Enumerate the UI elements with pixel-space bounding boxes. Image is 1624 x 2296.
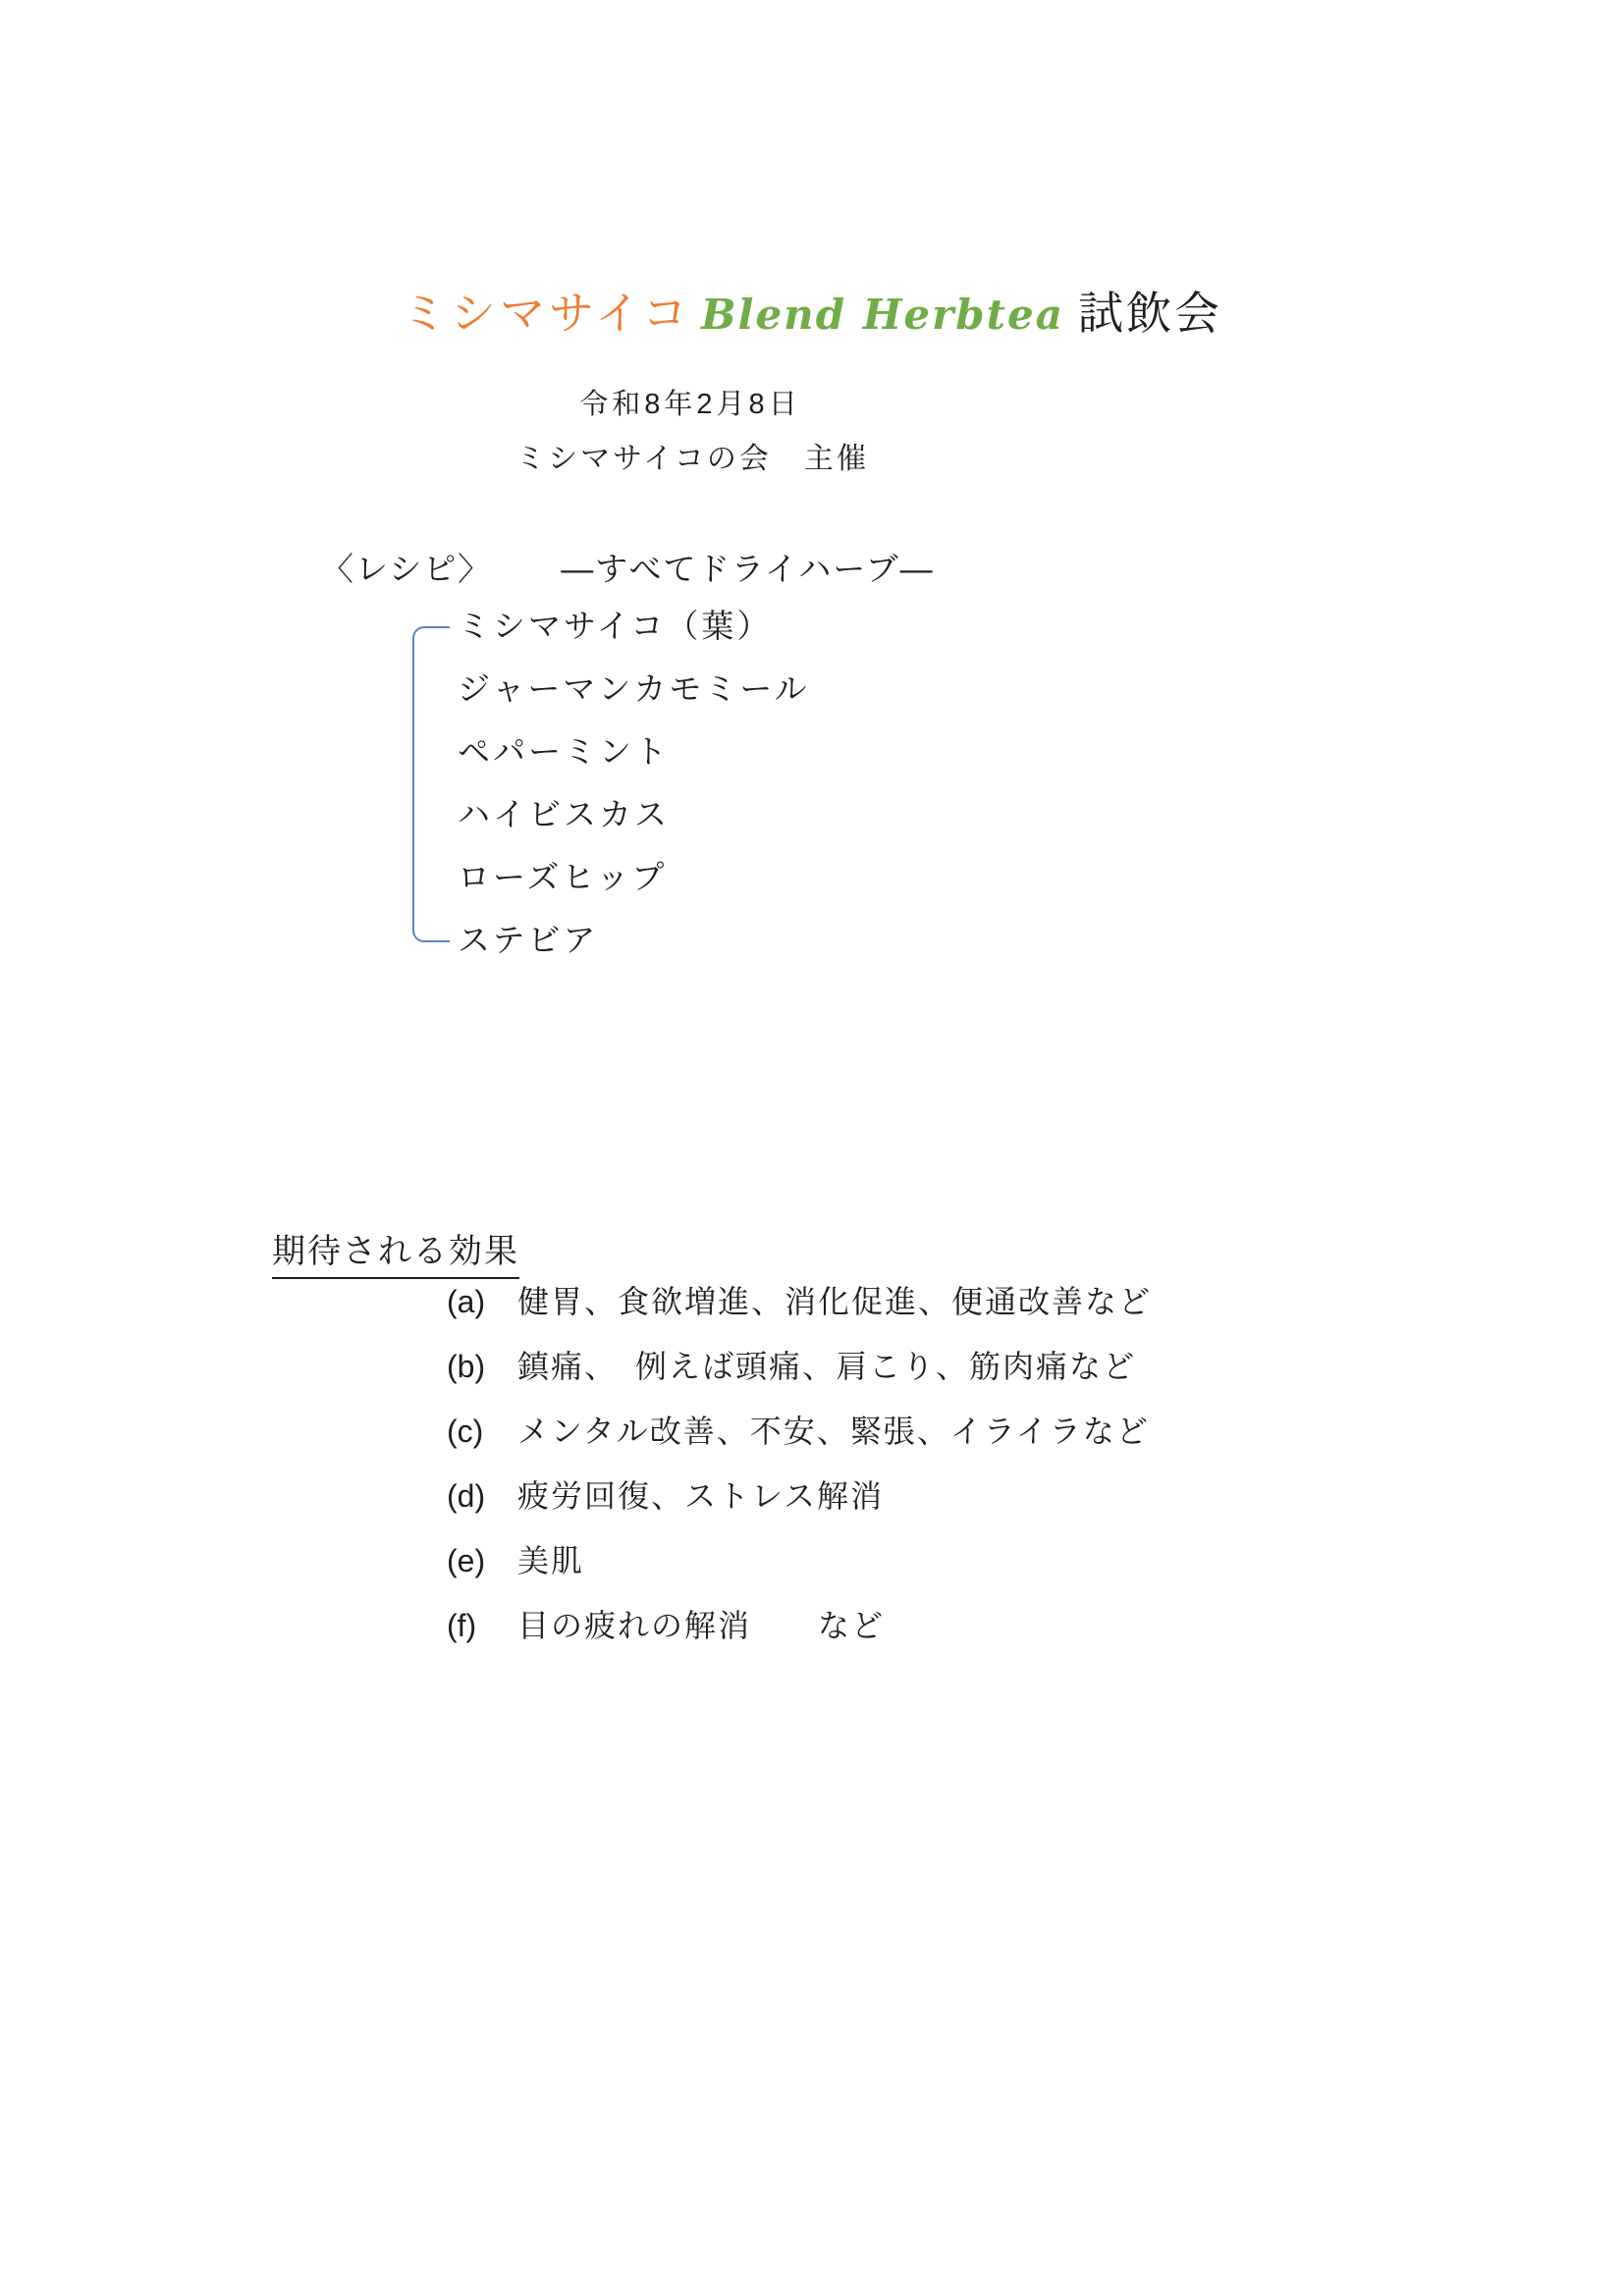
effect-text: メンタル改善、不安、緊張、イライラなど [517, 1399, 1152, 1464]
effect-item: (a) 健胃、食欲増進、消化促進、便通改善など [447, 1269, 1152, 1334]
herb-item: ハイビスカス [458, 783, 810, 846]
effect-item: (b) 鎮痛、 例えば頭痛、肩こり、筋肉痛など [447, 1334, 1152, 1399]
recipe-note: —すべてドライハーブ— [561, 551, 934, 587]
herb-item: ペパーミント [458, 721, 810, 783]
page-title: ミシマサイコBlend Herbtea試飲会 [402, 278, 1222, 343]
herb-list: ミシマサイコ（葉） ジャーマンカモミール ペパーミント ハイビスカス ローズヒッ… [458, 595, 810, 972]
effect-text: 目の疲れの解消 など [517, 1593, 1152, 1658]
effect-text: 鎮痛、 例えば頭痛、肩こり、筋肉痛など [517, 1334, 1152, 1399]
herb-list-bracket [412, 626, 450, 942]
event-date: 令和8年2月8日 [579, 382, 800, 422]
document-page: ミシマサイコBlend Herbtea試飲会 令和8年2月8日 ミシマサイコの会… [0, 0, 1624, 2296]
herb-item: ジャーマンカモミール [458, 658, 810, 721]
title-part-green: Blend Herbtea [701, 291, 1064, 339]
herb-item: ステビア [458, 909, 810, 972]
effect-label: (e) [447, 1528, 517, 1593]
effects-list: (a) 健胃、食欲増進、消化促進、便通改善など (b) 鎮痛、 例えば頭痛、肩こ… [447, 1269, 1152, 1658]
organizer: ミシマサイコの会 主催 [515, 434, 869, 477]
effect-text: 健胃、食欲増進、消化促進、便通改善など [517, 1269, 1152, 1334]
title-part-orange: ミシマサイコ [402, 288, 691, 339]
effect-text: 疲労回復、ストレス解消 [517, 1464, 1152, 1528]
effect-label: (f) [447, 1593, 517, 1658]
effect-item: (d) 疲労回復、ストレス解消 [447, 1464, 1152, 1528]
effect-label: (c) [447, 1399, 517, 1464]
effect-item: (c) メンタル改善、不安、緊張、イライラなど [447, 1399, 1152, 1464]
herb-item: ミシマサイコ（葉） [458, 595, 810, 658]
recipe-heading-line: 〈レシピ〉—すべてドライハーブ— [321, 544, 935, 590]
recipe-heading: 〈レシピ〉 [321, 551, 492, 587]
effect-item: (f) 目の疲れの解消 など [447, 1593, 1152, 1658]
effect-item: (e) 美肌 [447, 1528, 1152, 1593]
effect-label: (a) [447, 1269, 517, 1334]
effect-label: (b) [447, 1334, 517, 1399]
title-part-black: 試飲会 [1078, 288, 1222, 339]
herb-item: ローズヒップ [458, 846, 810, 909]
effect-label: (d) [447, 1464, 517, 1528]
effect-text: 美肌 [517, 1528, 1152, 1593]
